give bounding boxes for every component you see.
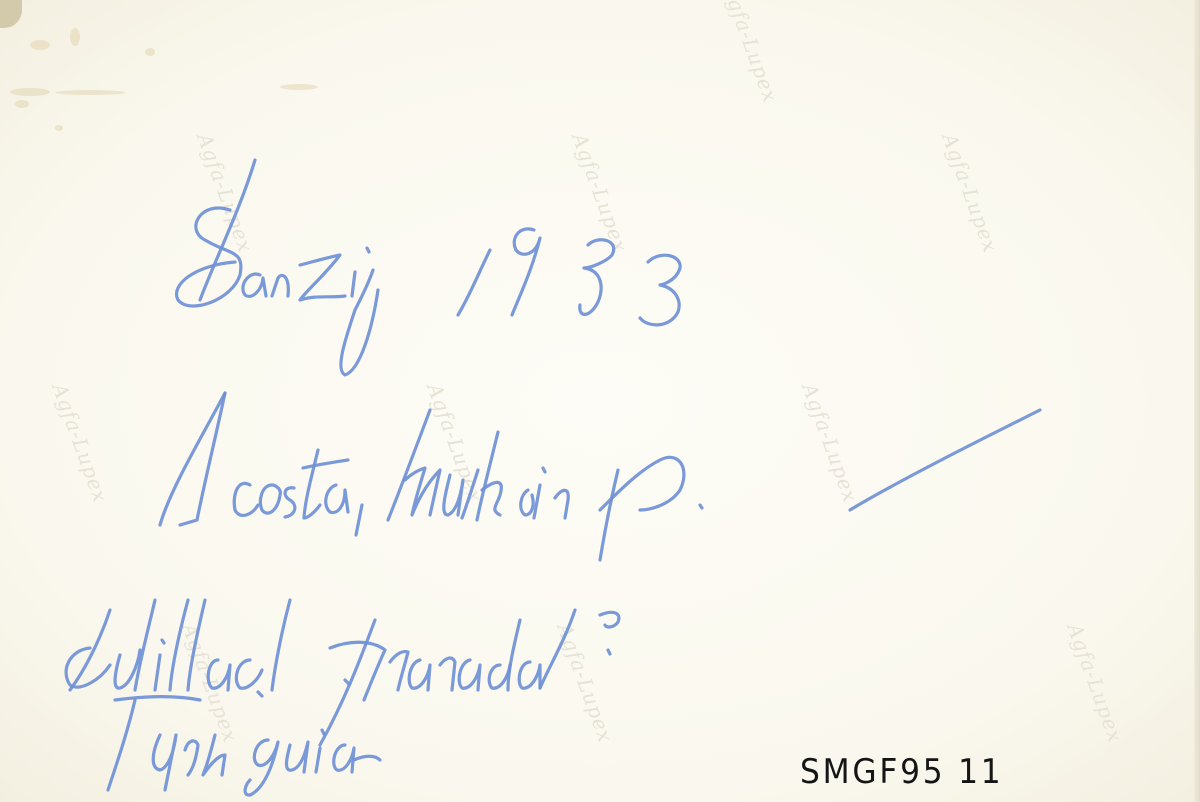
handwriting-typh-guia bbox=[108, 697, 380, 795]
handwriting-danzig-1933 bbox=[177, 160, 681, 375]
handwriting-sevilla-granada bbox=[66, 600, 619, 745]
handwriting-acosta-markin bbox=[160, 393, 1040, 560]
archive-id-number: SMGF95 11 bbox=[800, 752, 1003, 792]
handwriting-ink bbox=[0, 0, 1200, 802]
